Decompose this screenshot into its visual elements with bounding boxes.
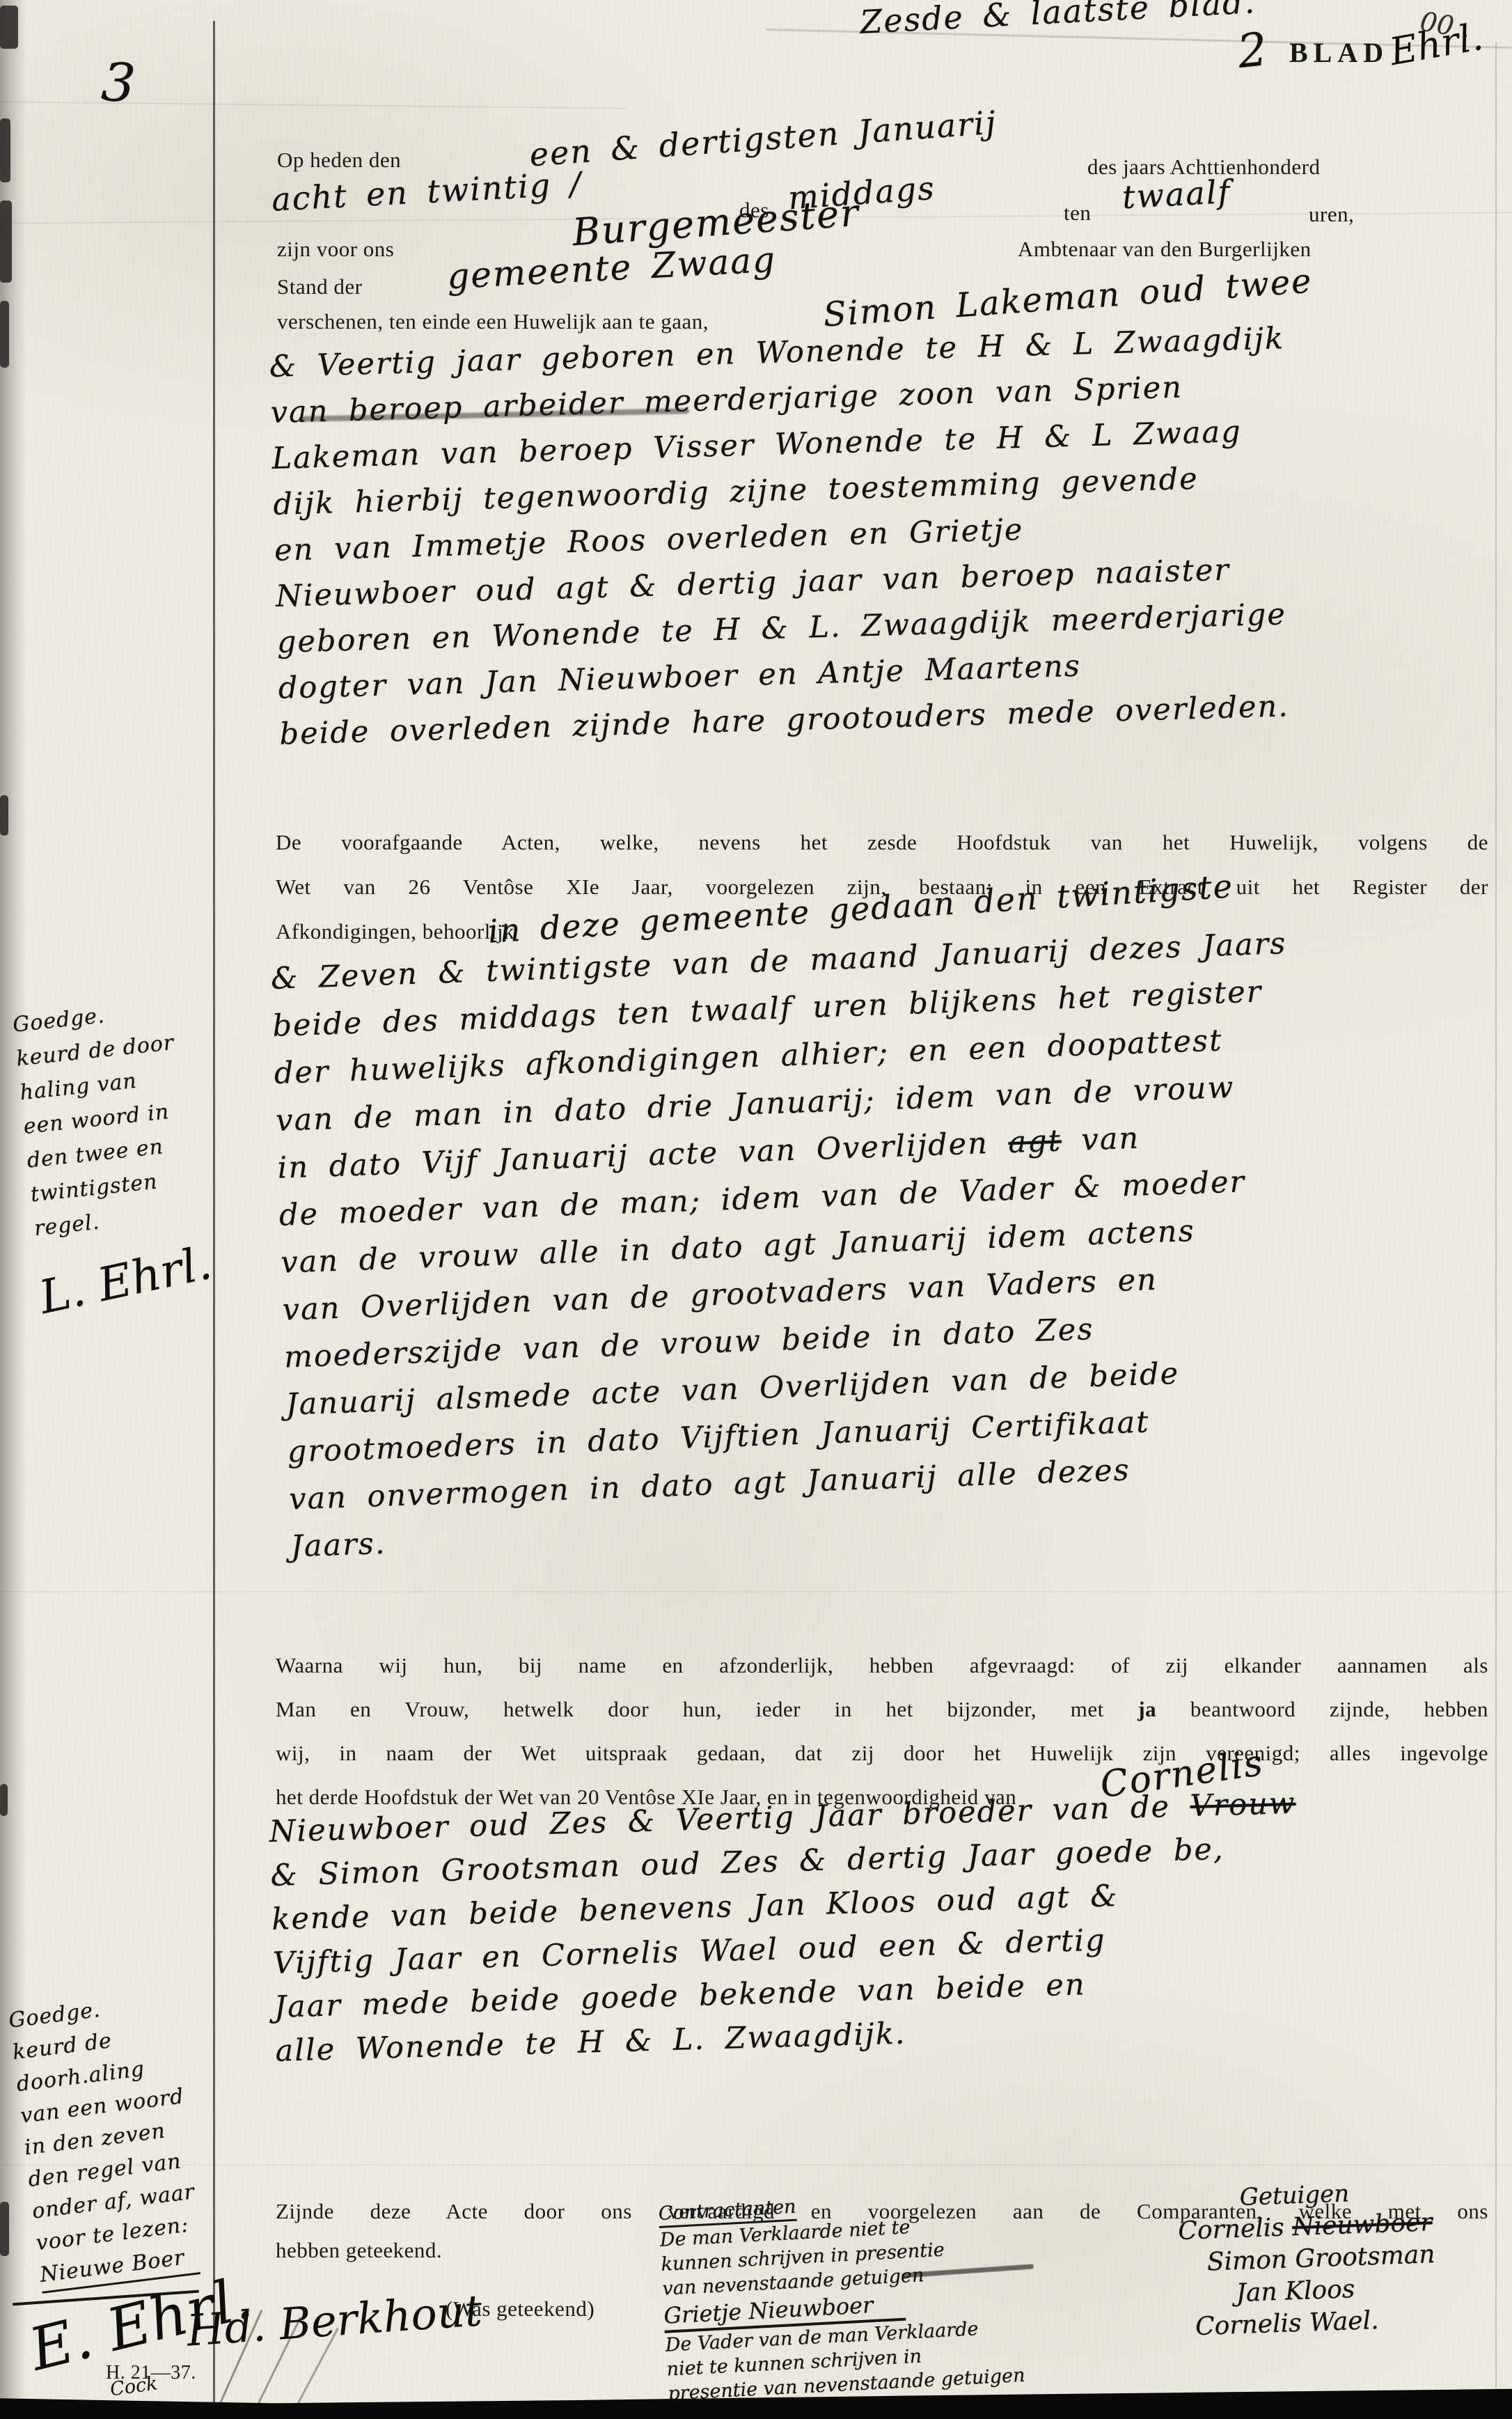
closing-line: hebben geteekend. — [276, 2238, 442, 2263]
struck-word: agt — [1008, 1124, 1062, 1161]
label-ten: ten — [1064, 201, 1091, 226]
blad-number: 2 — [1235, 22, 1270, 79]
edge-mark — [0, 6, 18, 49]
top-page-note: Zesde & laatste blad. — [859, 0, 1257, 41]
label-stand-der: Stand der — [277, 274, 362, 299]
label-op-heden-den: Op heden den — [277, 148, 401, 173]
blad-paraph: Ehrl. — [1387, 15, 1486, 74]
label-zijn-voor-ons: zijn voor ons — [277, 237, 394, 262]
label-ambtenaar: Ambtenaar van den Burgerlijken — [1018, 237, 1312, 262]
blad-label: BLAD — [1289, 36, 1389, 69]
margin-note-approval-2: Goedge. keurd de doorh.aling van een woo… — [7, 1980, 250, 2293]
edge-mark — [0, 118, 10, 182]
hour-entry: twaalf — [1121, 173, 1232, 216]
margin-signature-1: L. Ehrl. — [35, 1236, 216, 1324]
acts-handwritten-block: & Zeven & twintigste van de maand Januar… — [270, 912, 1512, 1571]
witnesses-handwritten-block: Nieuwboer oud Zes & Veertig Jaar broeder… — [269, 1776, 1512, 2074]
crease-line — [0, 101, 627, 109]
gemeente-entry: gemeente Zwaag — [446, 240, 778, 297]
ja-word: ja — [1137, 1697, 1156, 1721]
vows-paragraph-line: wij, in naam der Wet uitspraak gedaan, d… — [276, 1741, 1488, 1766]
margin-note-approval-1: Goedge. keurd de door haling van een woo… — [11, 987, 237, 1246]
edge-mark — [0, 795, 8, 836]
label-uren: uren, — [1309, 202, 1354, 227]
edge-mark — [0, 301, 9, 368]
edge-mark — [0, 2202, 9, 2256]
vows-paragraph-line: Man en Vrouw, hetwelk door hun, ieder in… — [276, 1697, 1488, 1722]
date-entry: een & dertigsten Januarij — [528, 104, 998, 174]
edge-mark — [0, 1784, 8, 1816]
line-text: beantwoord zijnde, hebben — [1156, 1697, 1488, 1721]
intro-handwritten-block: & Veertig jaar geboren en Wonende te H &… — [269, 309, 1512, 757]
scanned-marriage-certificate: Zesde & laatste blad. 00 . 2 BLAD Ehrl. … — [0, 0, 1512, 2419]
crease-line — [0, 1591, 1512, 1592]
acts-paragraph-line: De voorafgaande Acten, welke, nevens het… — [276, 830, 1488, 855]
edge-mark — [0, 201, 12, 283]
struck-word: Vrouw — [1190, 1786, 1296, 1824]
vows-paragraph-line: Waarna wij hun, bij name en afzonderlijk… — [276, 1653, 1488, 1678]
witness-signatures: Getuigen Cornelis Nieuwboer Simon Groots… — [1176, 2175, 1438, 2344]
line-text: Man en Vrouw, hetwelk door hun, ieder in… — [276, 1697, 1137, 1721]
struck-signature: Nieuwboer — [1291, 2208, 1433, 2241]
signature-text: Cornelis — [1178, 2213, 1293, 2246]
clerk-annotations: Contractanten De man Verklaarde niet te … — [658, 2183, 1025, 2406]
acts-paragraph-line: Afkondigingen, behoorlijk — [276, 919, 514, 944]
act-margin-number: 3 — [100, 50, 137, 114]
line-text: van — [1061, 1121, 1140, 1159]
label-verschenen: verschenen, ten einde een Huwelijk aan t… — [277, 309, 709, 334]
